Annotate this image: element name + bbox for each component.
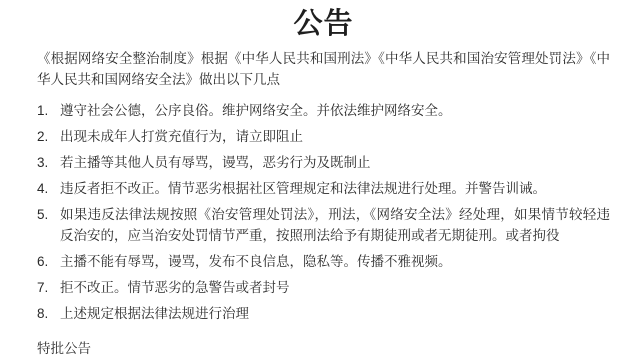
intro-paragraph: 《根据网络安全整治制度》根据《中华人民共和国刑法》《中华人民共和国治安管理处罚法… <box>37 48 610 90</box>
announcement-document: 公告 《根据网络安全整治制度》根据《中华人民共和国刑法》《中华人民共和国治安管理… <box>0 0 640 360</box>
rule-item-3: 3. 若主播等其他人员有辱骂，谩骂，恶劣行为及既制止 <box>37 152 610 173</box>
rule-item-6: 6. 主播不能有辱骂，谩骂，发布不良信息，隐私等。传播不雅视频。 <box>37 251 610 272</box>
rule-number: 8. <box>37 303 60 324</box>
rule-number: 2. <box>37 126 60 147</box>
rule-text: 若主播等其他人员有辱骂，谩骂，恶劣行为及既制止 <box>60 152 610 173</box>
rule-text: 违反者拒不改正。情节恶劣根据社区管理规定和法律法规进行处理。并警告训诫。 <box>60 178 610 199</box>
rule-item-7: 7. 拒不改正。情节恶劣的急警告或者封号 <box>37 277 610 298</box>
rule-number: 5. <box>37 204 60 225</box>
rule-item-5: 5. 如果违反法律法规按照《治安管理处罚法》，刑法，《网络安全法》经处理，如果情… <box>37 204 610 246</box>
rule-text: 主播不能有辱骂，谩骂，发布不良信息，隐私等。传播不雅视频。 <box>60 251 610 272</box>
rule-text: 遵守社会公德，公序良俗。维护网络安全。并依法维护网络安全。 <box>60 100 610 121</box>
rule-number: 6. <box>37 251 60 272</box>
rule-item-2: 2. 出现未成年人打赏充值行为，请立即阻止 <box>37 126 610 147</box>
rule-item-8: 8. 上述规定根据法律法规进行治理 <box>37 303 610 324</box>
rule-number: 7. <box>37 277 60 298</box>
rule-text: 如果违反法律法规按照《治安管理处罚法》，刑法，《网络安全法》经处理，如果情节较轻… <box>60 204 610 246</box>
rule-number: 4. <box>37 178 60 199</box>
rule-text: 出现未成年人打赏充值行为，请立即阻止 <box>60 126 610 147</box>
rule-text: 上述规定根据法律法规进行治理 <box>60 303 610 324</box>
footer-signature: 特批公告 <box>37 338 91 359</box>
rule-item-4: 4. 违反者拒不改正。情节恶劣根据社区管理规定和法律法规进行处理。并警告训诫。 <box>37 178 610 199</box>
rule-item-1: 1. 遵守社会公德，公序良俗。维护网络安全。并依法维护网络安全。 <box>37 100 610 121</box>
rule-text: 拒不改正。情节恶劣的急警告或者封号 <box>60 277 610 298</box>
rule-number: 3. <box>37 152 60 173</box>
page-title: 公告 <box>37 6 610 42</box>
rule-number: 1. <box>37 100 60 121</box>
rule-list: 1. 遵守社会公德，公序良俗。维护网络安全。并依法维护网络安全。 2. 出现未成… <box>37 100 610 324</box>
